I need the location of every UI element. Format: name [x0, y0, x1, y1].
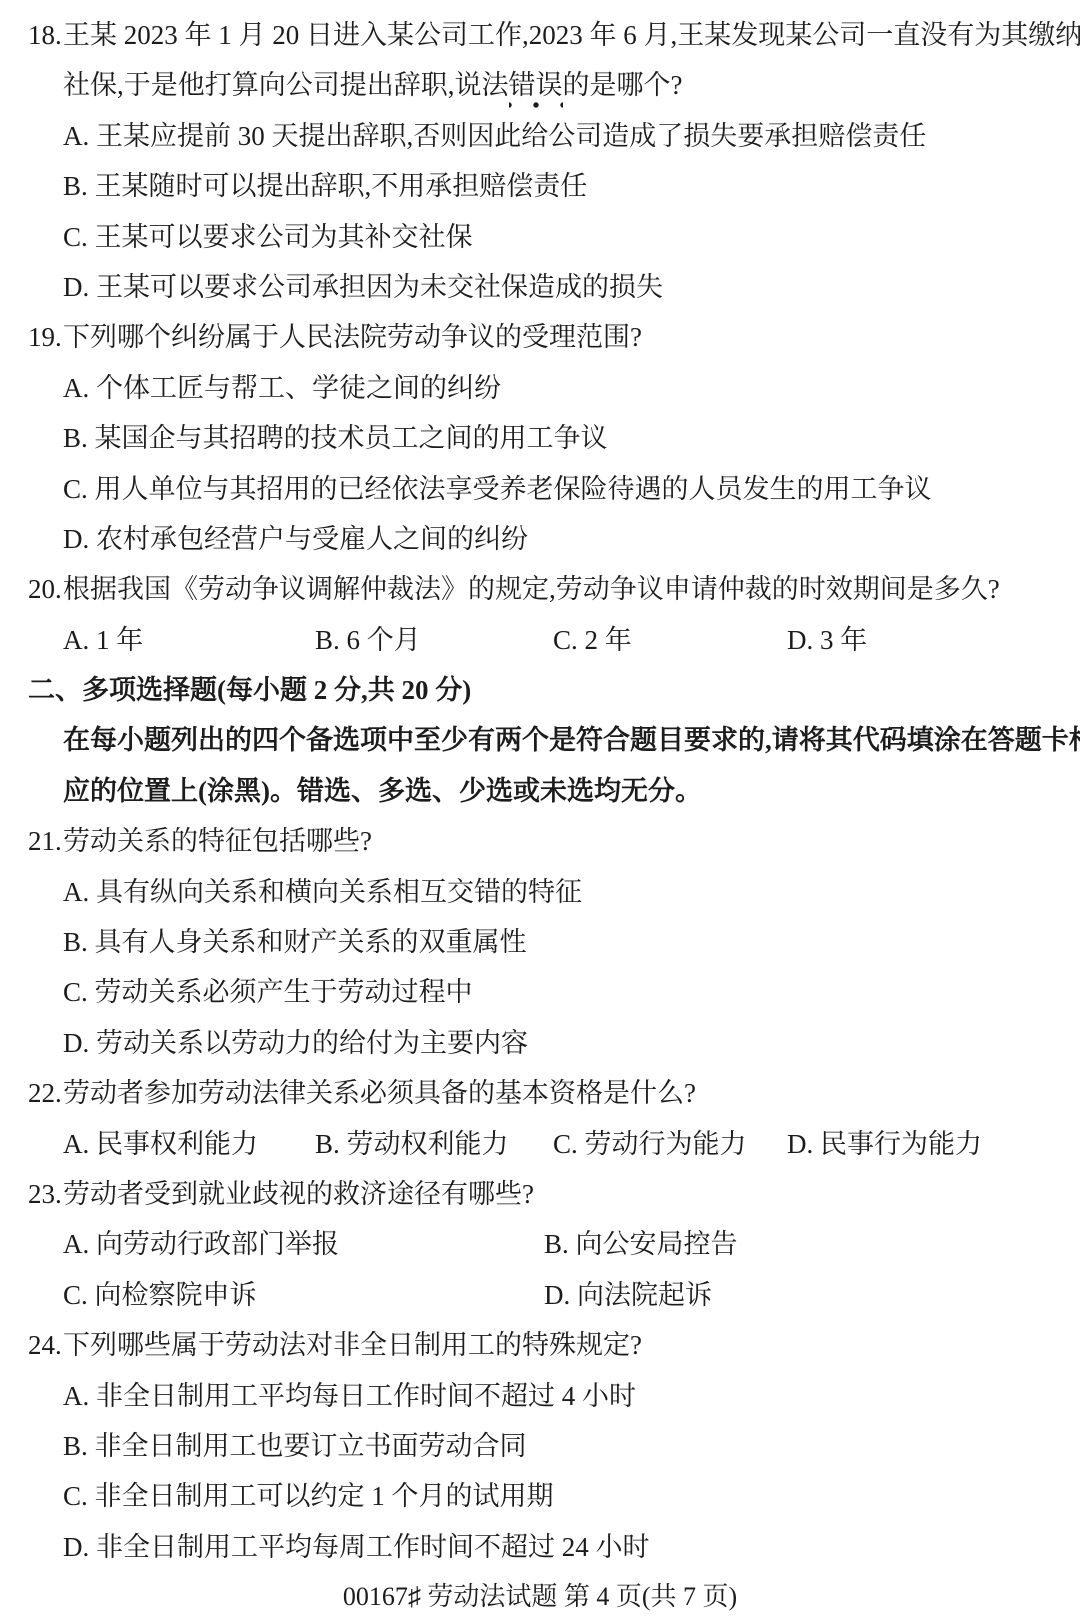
option-text: B. 某国企与其招聘的技术员工之间的用工争议 [63, 423, 608, 453]
question-18-line1: 18.王某 2023 年 1 月 20 日进入某公司工作,2023 年 6 月,… [0, 10, 1080, 60]
page-footer-text: 00167♯ 劳动法试题 第 4 页(共 7 页) [343, 1582, 737, 1611]
question-21-option-d: D. 劳动关系以劳动力的给付为主要内容 [0, 1018, 1080, 1068]
question-21-text: 劳动关系的特征包括哪些? [63, 826, 372, 856]
question-23-options-row2: C. 向检察院申诉D. 向法院起诉 [0, 1270, 1080, 1320]
question-19-option-a: A. 个体工匠与帮工、学徒之间的纠纷 [0, 363, 1080, 413]
option-text: D. 王某可以要求公司承担因为未交社保造成的损失 [63, 272, 663, 302]
question-24-text: 下列哪些属于劳动法对非全日制用工的特殊规定? [63, 1330, 642, 1360]
question-20-option-b: B. 6 个月 [315, 615, 553, 665]
question-18-option-b: B. 王某随时可以提出辞职,不用承担赔偿责任 [0, 161, 1080, 211]
option-text: C. 王某可以要求公司为其补交社保 [63, 222, 473, 252]
section-2-instruction-line1: 在每小题列出的四个备选项中至少有两个是符合题目要求的,请将其代码填涂在答题卡相 [0, 715, 1080, 765]
question-21-option-a: A. 具有纵向关系和横向关系相互交错的特征 [0, 867, 1080, 917]
option-text: C. 劳动关系必须产生于劳动过程中 [63, 977, 473, 1007]
option-text: B. 非全日制用工也要订立书面劳动合同 [63, 1431, 527, 1461]
question-18-option-c: C. 王某可以要求公司为其补交社保 [0, 212, 1080, 262]
question-18-text-pre: 社保,于是他打算向公司提出辞职,说法 [63, 70, 509, 100]
exam-paper-page: 18.王某 2023 年 1 月 20 日进入某公司工作,2023 年 6 月,… [0, 0, 1080, 1623]
question-21-number: 21. [28, 816, 63, 866]
option-text: C. 用人单位与其招用的已经依法享受养老保险待遇的人员发生的用工争议 [63, 474, 932, 504]
question-22-options-row: A. 民事权利能力B. 劳动权利能力C. 劳动行为能力D. 民事行为能力 [0, 1119, 1080, 1169]
question-24-option-b: B. 非全日制用工也要订立书面劳动合同 [0, 1421, 1080, 1471]
question-18-option-d: D. 王某可以要求公司承担因为未交社保造成的损失 [0, 262, 1080, 312]
question-19-option-c: C. 用人单位与其招用的已经依法享受养老保险待遇的人员发生的用工争议 [0, 464, 1080, 514]
option-text: D. 非全日制用工平均每周工作时间不超过 24 小时 [63, 1532, 650, 1562]
question-23-line1: 23.劳动者受到就业歧视的救济途径有哪些? [0, 1169, 1080, 1219]
question-22-text: 劳动者参加劳动法律关系必须具备的基本资格是什么? [63, 1078, 696, 1108]
option-text: D. 农村承包经营户与受雇人之间的纠纷 [63, 524, 528, 554]
option-text: B. 具有人身关系和财产关系的双重属性 [63, 927, 527, 957]
question-22-option-d: D. 民事行为能力 [787, 1119, 982, 1169]
option-text: A. 个体工匠与帮工、学徒之间的纠纷 [63, 373, 501, 403]
option-text: A. 非全日制用工平均每日工作时间不超过 4 小时 [63, 1381, 636, 1411]
instruction-text: 在每小题列出的四个备选项中至少有两个是符合题目要求的,请将其代码填涂在答题卡相 [63, 725, 1080, 755]
question-20-number: 20. [28, 564, 63, 614]
question-19-option-d: D. 农村承包经营户与受雇人之间的纠纷 [0, 514, 1080, 564]
question-24-option-d: D. 非全日制用工平均每周工作时间不超过 24 小时 [0, 1522, 1080, 1572]
question-21-option-c: C. 劳动关系必须产生于劳动过程中 [0, 967, 1080, 1017]
option-text: B. 王某随时可以提出辞职,不用承担赔偿责任 [63, 171, 587, 201]
section-2-heading: 二、多项选择题(每小题 2 分,共 20 分) [0, 665, 1080, 715]
question-18-number: 18. [28, 10, 63, 60]
option-text: D. 劳动关系以劳动力的给付为主要内容 [63, 1028, 528, 1058]
question-23-option-a: A. 向劳动行政部门举报 [63, 1219, 544, 1269]
question-18-text: 王某 2023 年 1 月 20 日进入某公司工作,2023 年 6 月,王某发… [63, 20, 1080, 50]
question-22-option-a: A. 民事权利能力 [63, 1119, 315, 1169]
question-23-option-b: B. 向公安局控告 [544, 1219, 738, 1269]
question-20-line1: 20.根据我国《劳动争议调解仲裁法》的规定,劳动争议申请仲裁的时效期间是多久? [0, 564, 1080, 614]
question-24-number: 24. [28, 1320, 63, 1370]
question-18-option-a: A. 王某应提前 30 天提出辞职,否则因此给公司造成了损失要承担赔偿责任 [0, 111, 1080, 161]
instruction-text: 应的位置上(涂黑)。错选、多选、少选或未选均无分。 [63, 776, 702, 806]
question-22-option-c: C. 劳动行为能力 [553, 1119, 787, 1169]
question-22-number: 22. [28, 1068, 63, 1118]
question-21-option-b: B. 具有人身关系和财产关系的双重属性 [0, 917, 1080, 967]
section-2-instruction-line2: 应的位置上(涂黑)。错选、多选、少选或未选均无分。 [0, 766, 1080, 816]
question-20-text: 根据我国《劳动争议调解仲裁法》的规定,劳动争议申请仲裁的时效期间是多久? [63, 574, 1000, 604]
question-24-option-a: A. 非全日制用工平均每日工作时间不超过 4 小时 [0, 1371, 1080, 1421]
question-18-line2: 社保,于是他打算向公司提出辞职,说法错误的是哪个? [0, 60, 1080, 110]
question-23-option-c: C. 向检察院申诉 [63, 1270, 544, 1320]
option-text: C. 非全日制用工可以约定 1 个月的试用期 [63, 1481, 554, 1511]
question-18-text-post: 的是哪个? [563, 70, 683, 100]
question-20-options-row: A. 1 年B. 6 个月C. 2 年D. 3 年 [0, 615, 1080, 665]
question-21-line1: 21.劳动关系的特征包括哪些? [0, 816, 1080, 866]
question-22-option-b: B. 劳动权利能力 [315, 1119, 553, 1169]
option-text: A. 具有纵向关系和横向关系相互交错的特征 [63, 877, 582, 907]
question-20-option-c: C. 2 年 [553, 615, 787, 665]
question-24-option-c: C. 非全日制用工可以约定 1 个月的试用期 [0, 1471, 1080, 1521]
page-footer: 00167♯ 劳动法试题 第 4 页(共 7 页) [0, 1572, 1080, 1622]
question-22-line1: 22.劳动者参加劳动法律关系必须具备的基本资格是什么? [0, 1068, 1080, 1118]
question-23-option-d: D. 向法院起诉 [544, 1270, 712, 1320]
question-19-number: 19. [28, 312, 63, 362]
question-19-line1: 19.下列哪个纠纷属于人民法院劳动争议的受理范围? [0, 312, 1080, 362]
question-23-options-row1: A. 向劳动行政部门举报B. 向公安局控告 [0, 1219, 1080, 1269]
section-heading-text: 二、多项选择题(每小题 2 分,共 20 分) [28, 675, 471, 705]
option-text: A. 王某应提前 30 天提出辞职,否则因此给公司造成了损失要承担赔偿责任 [63, 121, 926, 151]
question-18-emphasis-text: 错误 [509, 70, 563, 108]
question-19-text: 下列哪个纠纷属于人民法院劳动争议的受理范围? [63, 322, 642, 352]
question-20-option-d: D. 3 年 [787, 615, 867, 665]
question-23-text: 劳动者受到就业歧视的救济途径有哪些? [63, 1179, 534, 1209]
question-23-number: 23. [28, 1169, 63, 1219]
question-24-line1: 24.下列哪些属于劳动法对非全日制用工的特殊规定? [0, 1320, 1080, 1370]
question-19-option-b: B. 某国企与其招聘的技术员工之间的用工争议 [0, 413, 1080, 463]
question-20-option-a: A. 1 年 [63, 615, 315, 665]
